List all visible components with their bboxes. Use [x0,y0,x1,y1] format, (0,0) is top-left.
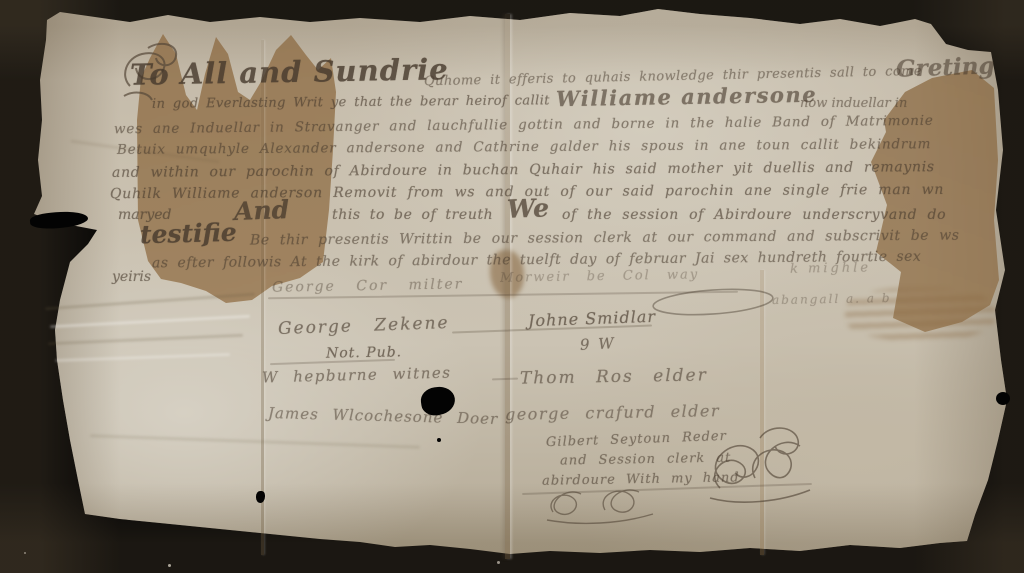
signature-crafurd: george crafurd elder [505,403,720,423]
dust-speck-3 [24,552,26,554]
edge-notch-right [996,392,1010,405]
signature-smidlar-paraph: 9 W [580,336,616,353]
notarial-knot-flourish-small [545,482,655,527]
notarial-knot-flourish [700,418,815,513]
body-line-7-mid: this to be of treuth [332,208,493,222]
body-line-10: yeiris [112,270,151,284]
word-and-large: And [234,197,290,224]
ink-dot-below-hole [437,438,441,442]
loop-flourish [648,284,778,324]
photo-of-parchment-document: To All and Sundrie Quhome it efferis to … [0,0,1024,573]
word-we-large: We [507,195,550,221]
opening-line-2-start: in god Everlasting Writ ye that the bera… [152,94,550,110]
word-testifie-large: testifie [140,220,237,248]
endorsement-center-faint: Morweir be Col way [500,268,699,284]
dust-speck-1 [168,564,171,567]
endorsement-right-faint-2: abangall a. a b [772,292,892,306]
body-line-7-end: of the session of Abirdoure underscryvan… [562,208,946,222]
bearer-name-large: Williame andersone [556,84,817,110]
signature-minister-faint: George Cor milter [272,277,464,294]
opening-line-2-end: now induellar in [800,97,907,110]
salutation-large: To All and Sundrie [130,55,449,90]
signature-smidlar: Johne Smidlar [528,309,656,329]
signature-ross: Thom Ros elder [520,367,708,387]
endorsement-right-faint-1: k mighle [790,261,871,275]
greeting-large: Greting [896,54,995,80]
dust-speck-2 [497,561,500,564]
